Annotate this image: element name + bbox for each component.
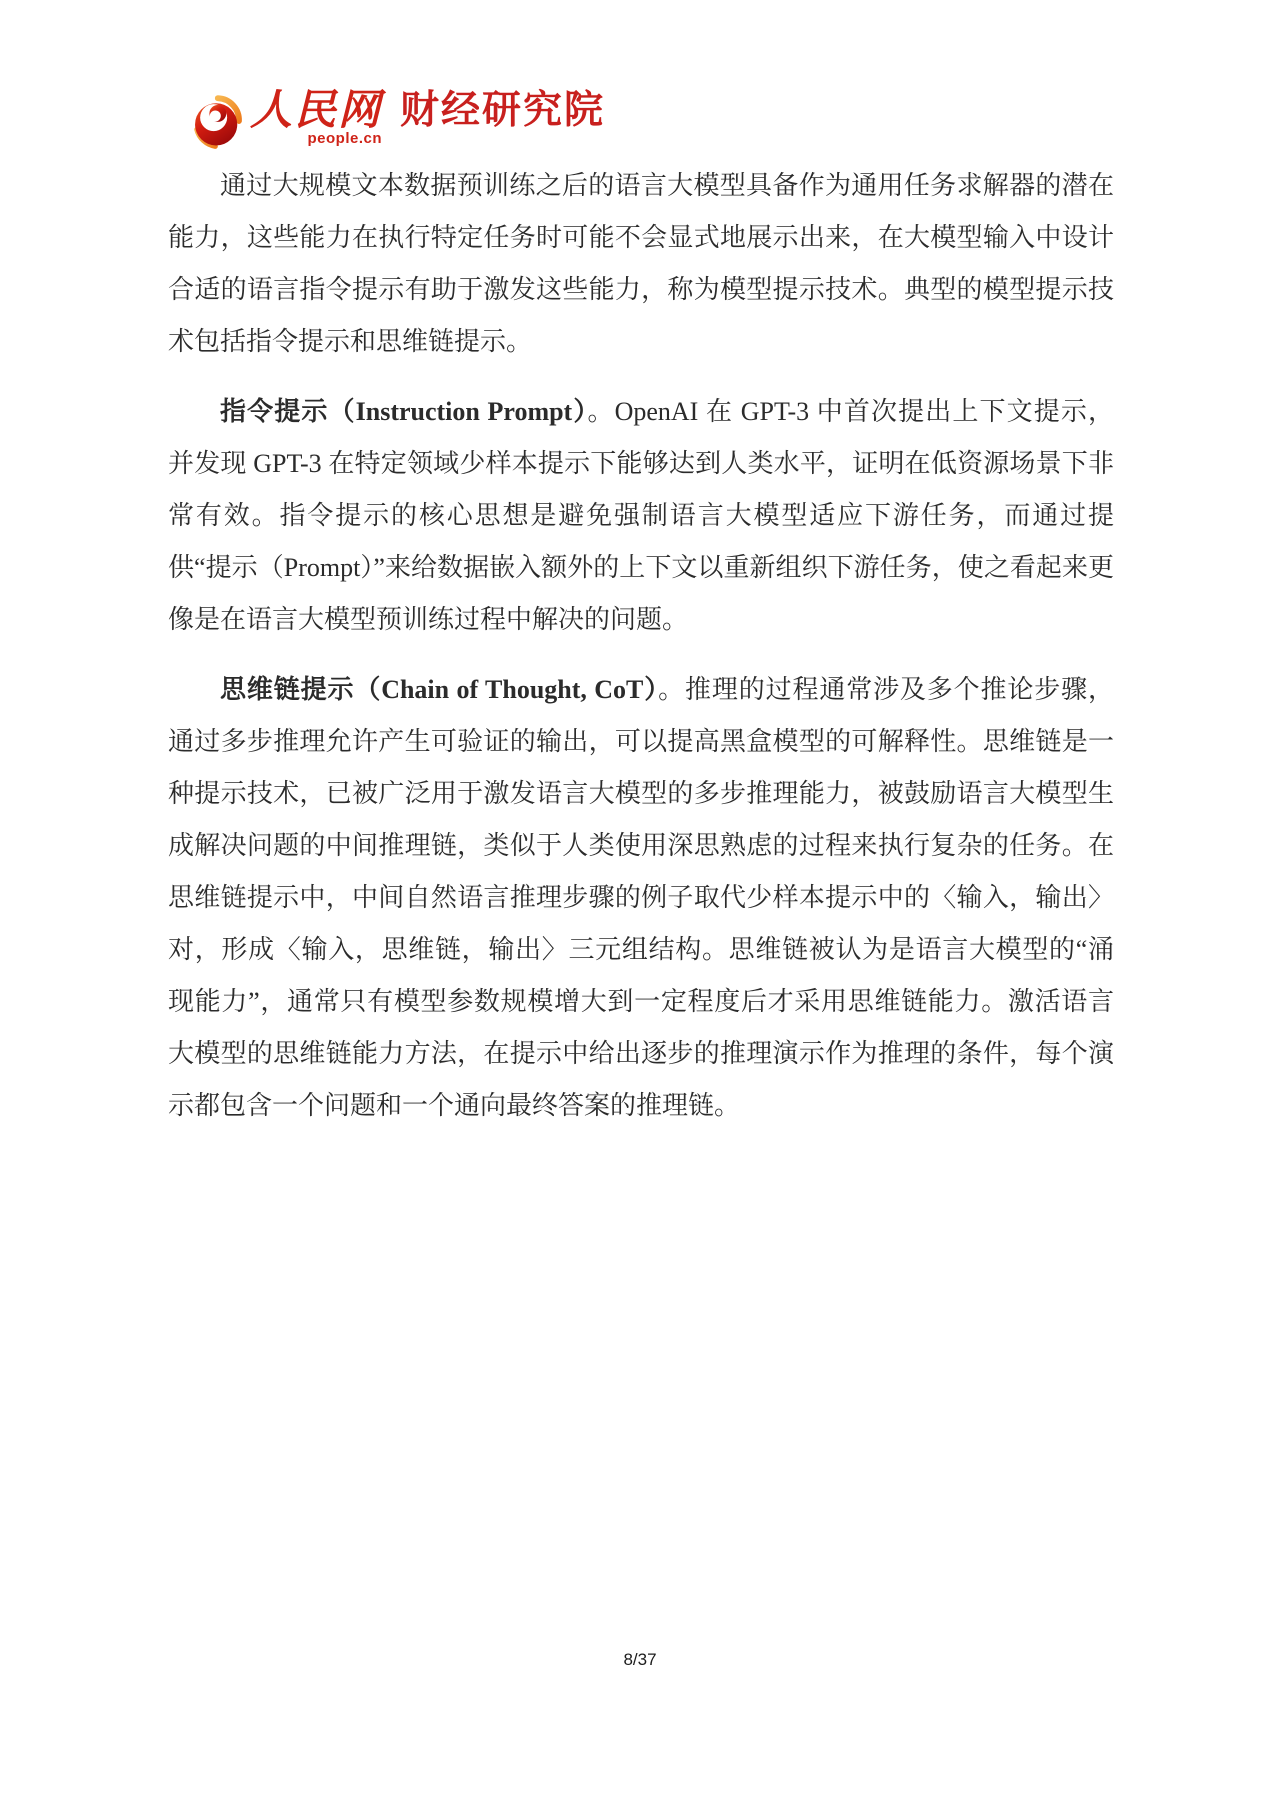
document-page: 人民网 people.cn 财经研究院 通过大规模文本数据预训练之后的语言大模型… [0, 0, 1280, 1810]
document-body: 通过大规模文本数据预训练之后的语言大模型具备作为通用任务求解器的潜在能力，这些能… [168, 160, 1114, 1150]
paragraph-instruction-prompt: 指令提示（Instruction Prompt）。OpenAI 在 GPT-3 … [168, 386, 1114, 646]
paragraph-chain-of-thought: 思维链提示（Chain of Thought, CoT）。推理的过程通常涉及多个… [168, 664, 1114, 1132]
people-cn-logo-icon [190, 92, 244, 150]
paragraph-lead: 指令提示（Instruction Prompt） [220, 397, 587, 426]
paragraph-text: 。OpenAI 在 GPT-3 中首次提出上下文提示，并发现 GPT-3 在特定… [168, 397, 1114, 634]
paragraph-text: 。推理的过程通常涉及多个推论步骤，通过多步推理允许产生可验证的输出，可以提高黑盒… [168, 675, 1114, 1120]
masthead: 人民网 people.cn 财经研究院 [190, 88, 605, 150]
org-name: 财经研究院 [400, 88, 605, 134]
page-number: 8/37 [623, 1650, 656, 1669]
paragraph-lead: 思维链提示（Chain of Thought, CoT） [220, 675, 658, 704]
paragraph-overview: 通过大规模文本数据预训练之后的语言大模型具备作为通用任务求解器的潜在能力，这些能… [168, 160, 1114, 368]
brand-block: 人民网 people.cn [250, 88, 382, 146]
paragraph-text: 通过大规模文本数据预训练之后的语言大模型具备作为通用任务求解器的潜在能力，这些能… [168, 171, 1114, 356]
brand-name: 人民网 [250, 88, 382, 132]
page-footer: 8/37 [0, 1650, 1280, 1670]
brand-domain: people.cn [308, 131, 383, 146]
